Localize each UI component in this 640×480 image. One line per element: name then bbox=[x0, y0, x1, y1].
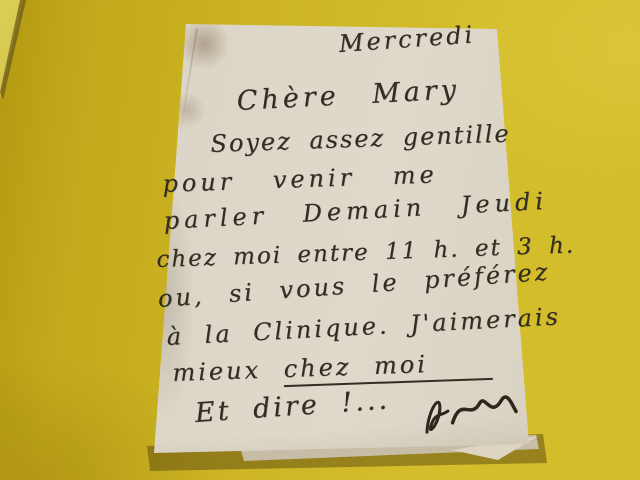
paper-crease bbox=[177, 28, 198, 147]
letter-body-line-text: mieux bbox=[172, 355, 284, 387]
signature-flourish-icon bbox=[410, 377, 525, 447]
letter-photo: Mercredi Chère Mary Soyez assez gentille… bbox=[0, 0, 640, 480]
